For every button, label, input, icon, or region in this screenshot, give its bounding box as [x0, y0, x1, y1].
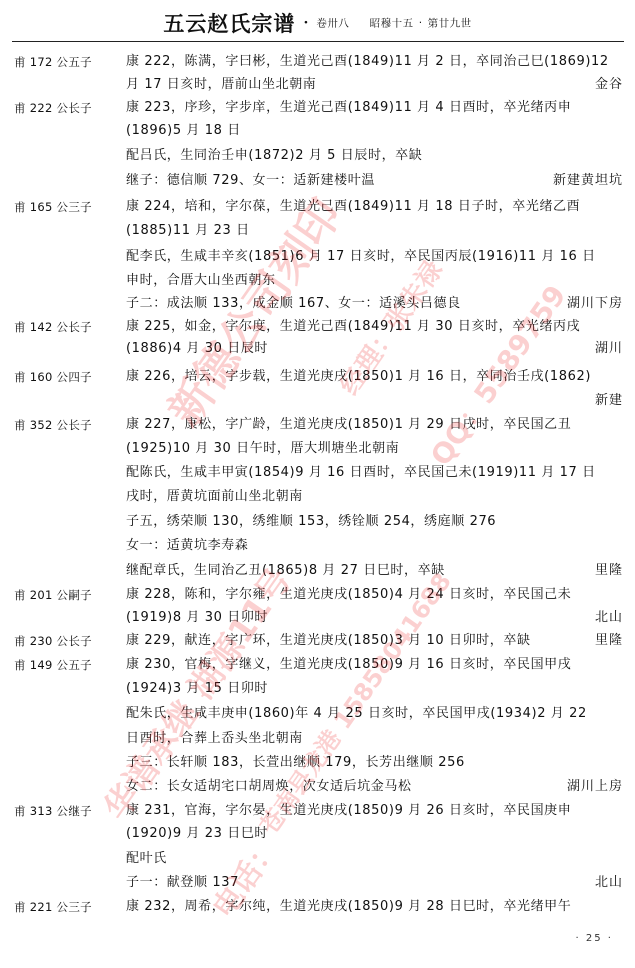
entry-text: 女二：长女适胡宅口胡周焕，次女适后坑金马松	[126, 776, 412, 798]
residence-place: 里隆	[595, 630, 623, 652]
entry-text: 配朱氏，生咸丰庚申(1860)年 4 月 25 日亥时，卒民国甲戌(1934)2…	[126, 703, 587, 725]
entry-text: 配吕氏，生同治壬申(1872)2 月 5 日辰时，卒缺	[126, 145, 422, 167]
entry-text: 子五，绣荣顺 130，绣维顺 153，绣铨顺 254，绣庭顺 276	[126, 511, 496, 533]
entry-line: (1919)8 月 30 日卯时北山	[0, 607, 635, 629]
entry-text: 康 232，周希，字尔纯，生道光庚戌(1850)9 月 28 日巳时，卒光绪甲午	[126, 896, 571, 918]
entry-line: (1885)11 月 23 日	[0, 220, 635, 242]
entry-text: 康 228，陈和，字尔雍，生道光庚戌(1850)4 月 24 日亥时，卒民国己未	[126, 584, 571, 606]
entry-text: 子三：长轩顺 183，长萱出继顺 179，长芳出继顺 256	[126, 752, 465, 774]
entry-text: 戌时，厝黄坑面前山坐北朝南	[126, 486, 303, 508]
entry-text: 康 230，官梅，字继义，生道光庚戌(1850)9 月 16 日亥时，卒民国甲戌	[126, 654, 571, 676]
entry-text: 康 225，如金，字尔度，生道光己酉(1849)11 月 30 日亥时，卒光绪丙…	[126, 316, 580, 338]
residence-place: 湖川	[595, 338, 623, 360]
entry-line: 配陈氏，生咸丰甲寅(1854)9 月 16 日酉时，卒民国己未(1919)11 …	[0, 462, 635, 484]
entry-line: 甫 172 公五子康 222，陈满，字曰彬，生道光己酉(1849)11 月 2 …	[0, 51, 635, 73]
volume-label: 卷卅八	[316, 18, 349, 30]
lineage-label: 甫 201 公嗣子	[14, 584, 92, 606]
entry-line: 配李氏，生咸丰辛亥(1851)6 月 17 日亥时，卒民国丙辰(1916)11 …	[0, 246, 635, 268]
entry-text: 女一：适黄坑李寿森	[126, 535, 248, 557]
lineage-label: 甫 352 公长子	[14, 414, 92, 436]
entry-line: 配叶氏	[0, 848, 635, 870]
entry-line: 甫 221 公三子康 232，周希，字尔纯，生道光庚戌(1850)9 月 28 …	[0, 896, 635, 918]
entry-line: (1925)10 月 30 日午时，厝大圳塘坐北朝南	[0, 438, 635, 460]
lineage-label: 甫 149 公五子	[14, 654, 92, 676]
entry-text: 子二：成法顺 133，成金顺 167、女一：适溪头吕德良	[126, 293, 461, 315]
entry-line: 甫 165 公三子康 224，培和，字尔葆，生道光己酉(1849)11 月 18…	[0, 196, 635, 218]
entry-text: 康 223，序珍，字步庠，生道光己酉(1849)11 月 4 日酉时，卒光绪丙申	[126, 97, 571, 119]
generation-separator: ·	[419, 17, 423, 29]
generation-label: 第廿九世	[428, 18, 472, 30]
genealogy-title: 五云赵氏宗谱	[163, 11, 295, 36]
entry-text: 日酉时，合葬上岙头坐北朝南	[126, 728, 303, 750]
entry-line: 甫 142 公长子康 225，如金，字尔度，生道光己酉(1849)11 月 30…	[0, 316, 635, 338]
entry-line: 子二：成法顺 133，成金顺 167、女一：适溪头吕德良湖川下房	[0, 293, 635, 315]
entry-line: 新建	[0, 390, 635, 412]
entry-text: 继配章氏，生同治乙丑(1865)8 月 27 日巳时，卒缺	[126, 560, 445, 582]
lineage-label: 甫 160 公四子	[14, 366, 92, 388]
entry-line: 配朱氏，生咸丰庚申(1860)年 4 月 25 日亥时，卒民国甲戌(1934)2…	[0, 703, 635, 725]
lineage-label: 甫 172 公五子	[14, 51, 92, 73]
entry-text: 子一：献登顺 137	[126, 872, 239, 894]
residence-place: 新建	[595, 390, 623, 412]
entry-line: 戌时，厝黄坑面前山坐北朝南	[0, 486, 635, 508]
entry-text: 配陈氏，生咸丰甲寅(1854)9 月 16 日酉时，卒民国己未(1919)11 …	[126, 462, 596, 484]
entry-text: 康 226，培云，字步载，生道光庚戌(1850)1 月 16 日，卒同治壬戌(1…	[126, 366, 591, 388]
entry-line: (1924)3 月 15 日卯时	[0, 678, 635, 700]
entry-line: 甫 230 公长子康 229，献连，字广环，生道光庚戌(1850)3 月 10 …	[0, 630, 635, 652]
entry-line: 继配章氏，生同治乙丑(1865)8 月 27 日巳时，卒缺里隆	[0, 560, 635, 582]
entry-text: 康 224，培和，字尔葆，生道光己酉(1849)11 月 18 日子时，卒光绪乙…	[126, 196, 580, 218]
entry-text: 配叶氏	[126, 848, 167, 870]
entry-line: 甫 201 公嗣子康 228，陈和，字尔雍，生道光庚戌(1850)4 月 24 …	[0, 584, 635, 606]
entry-line: 申时，合厝大山坐西朝东	[0, 270, 635, 292]
entry-text: (1919)8 月 30 日卯时	[126, 607, 268, 629]
header-rule	[12, 41, 624, 42]
entry-line: 甫 313 公继子康 231，官海，字尔晏，生道光庚戌(1850)9 月 26 …	[0, 800, 635, 822]
entry-line: 月 17 日亥时，厝前山坐北朝南金谷	[0, 74, 635, 96]
entry-line: 甫 352 公长子康 227，康松，字广龄，生道光庚戌(1850)1 月 29 …	[0, 414, 635, 436]
residence-place: 金谷	[595, 74, 623, 96]
entry-line: 甫 160 公四子康 226，培云，字步载，生道光庚戌(1850)1 月 16 …	[0, 366, 635, 388]
entry-line: 子一：献登顺 137北山	[0, 872, 635, 894]
entry-text: 继子：德信顺 729、女一：适新建楼叶温	[126, 170, 375, 192]
residence-place: 里隆	[595, 560, 623, 582]
entry-line: 继子：德信顺 729、女一：适新建楼叶温新建黄坦坑	[0, 170, 635, 192]
entry-text: 月 17 日亥时，厝前山坐北朝南	[126, 74, 316, 96]
entry-text: 申时，合厝大山坐西朝东	[126, 270, 276, 292]
entry-line: (1886)4 月 30 日辰时湖川	[0, 338, 635, 360]
entry-line: 日酉时，合葬上岙头坐北朝南	[0, 728, 635, 750]
entry-text: 康 229，献连，字广环，生道光庚戌(1850)3 月 10 日卯时，卒缺	[126, 630, 531, 652]
entry-line: 女二：长女适胡宅口胡周焕，次女适后坑金马松湖川上房	[0, 776, 635, 798]
branch-label: 昭穆十五	[370, 18, 414, 30]
entry-text: 康 222，陈满，字曰彬，生道光己酉(1849)11 月 2 日，卒同治己巳(1…	[126, 51, 609, 73]
entry-line: 甫 222 公长子康 223，序珍，字步庠，生道光己酉(1849)11 月 4 …	[0, 97, 635, 119]
entry-text: 康 231，官海，字尔晏，生道光庚戌(1850)9 月 26 日亥时，卒民国庚申	[126, 800, 571, 822]
entry-text: (1896)5 月 18 日	[126, 120, 241, 142]
entry-text: (1924)3 月 15 日卯时	[126, 678, 268, 700]
lineage-label: 甫 221 公三子	[14, 896, 92, 918]
entry-line: 子三：长轩顺 183，长萱出继顺 179，长芳出继顺 256	[0, 752, 635, 774]
entry-line: 子五，绣荣顺 130，绣维顺 153，绣铨顺 254，绣庭顺 276	[0, 511, 635, 533]
residence-place: 北山	[595, 872, 623, 894]
lineage-label: 甫 142 公长子	[14, 316, 92, 338]
entry-text: 配李氏，生咸丰辛亥(1851)6 月 17 日亥时，卒民国丙辰(1916)11 …	[126, 246, 596, 268]
entry-line: 甫 149 公五子康 230，官梅，字继义，生道光庚戌(1850)9 月 16 …	[0, 654, 635, 676]
entry-line: 配吕氏，生同治壬申(1872)2 月 5 日辰时，卒缺	[0, 145, 635, 167]
lineage-label: 甫 222 公长子	[14, 97, 92, 119]
page-header: 五云赵氏宗谱 · 卷卅八 昭穆十五 · 第廿九世	[0, 8, 635, 36]
lineage-label: 甫 313 公继子	[14, 800, 92, 822]
entry-line: (1920)9 月 23 日巳时	[0, 823, 635, 845]
entry-text: (1925)10 月 30 日午时，厝大圳塘坐北朝南	[126, 438, 399, 460]
entry-text: (1886)4 月 30 日辰时	[126, 338, 268, 360]
entry-text: (1885)11 月 23 日	[126, 220, 250, 242]
lineage-label: 甫 230 公长子	[14, 630, 92, 652]
entry-text: 康 227，康松，字广龄，生道光庚戌(1850)1 月 29 日戌时，卒民国乙丑	[126, 414, 571, 436]
entry-text: (1920)9 月 23 日巳时	[126, 823, 268, 845]
page-number: · 25 ·	[576, 933, 613, 944]
entry-line: (1896)5 月 18 日	[0, 120, 635, 142]
title-separator: ·	[303, 15, 308, 31]
residence-place: 北山	[595, 607, 623, 629]
residence-place: 湖川下房	[567, 293, 623, 315]
residence-place: 新建黄坦坑	[553, 170, 623, 192]
lineage-label: 甫 165 公三子	[14, 196, 92, 218]
residence-place: 湖川上房	[567, 776, 623, 798]
entry-line: 女一：适黄坑李寿森	[0, 535, 635, 557]
